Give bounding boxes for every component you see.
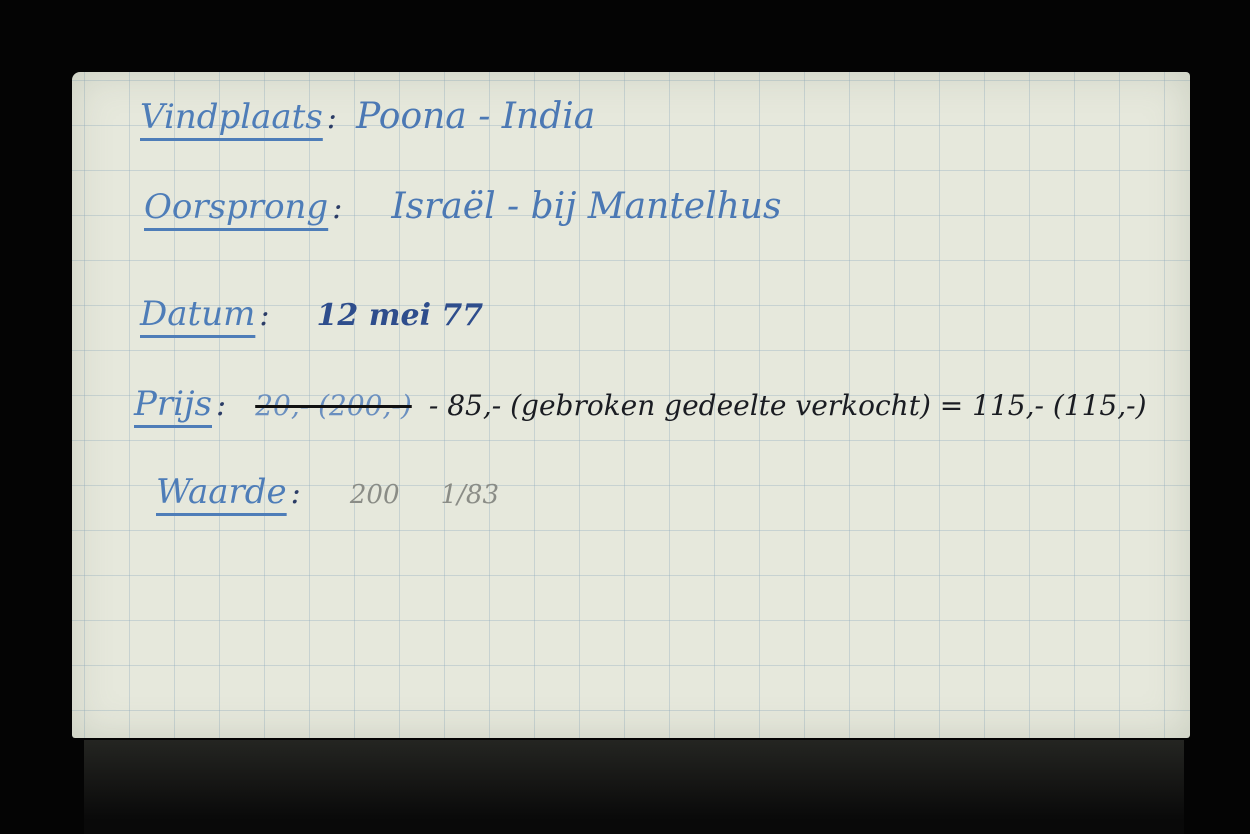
field-datum: Datum: 12 mei 77 <box>140 294 483 334</box>
field-note: 1/83 <box>441 480 499 510</box>
field-value: Israël - bij Mantelhus <box>391 186 781 227</box>
field-value: 200 <box>350 480 400 510</box>
field-label: Oorsprong <box>144 187 328 227</box>
field-prijs: Prijs: 20,- (200,-) - 85,- (gebroken ged… <box>134 384 1147 424</box>
field-label: Vindplaats <box>140 97 323 137</box>
field-value: - 85,- (gebroken gedeelte verkocht) = 11… <box>429 389 1147 422</box>
card-reflection <box>84 740 1184 834</box>
field-vindplaats: Vindplaats: Poona - India <box>140 96 595 137</box>
struck-value: 20,- (200,-) <box>255 389 412 422</box>
field-oorsprong: Oorsprong: Israël - bij Mantelhus <box>144 186 781 227</box>
field-value: 12 mei 77 <box>317 298 484 333</box>
field-label: Waarde <box>156 472 287 512</box>
field-label: Prijs <box>134 384 212 424</box>
field-value: Poona - India <box>356 96 595 137</box>
index-card: Vindplaats: Poona - India Oorsprong: Isr… <box>72 72 1190 738</box>
field-waarde: Waarde: 200 1/83 <box>156 472 499 512</box>
field-label: Datum <box>140 294 255 334</box>
